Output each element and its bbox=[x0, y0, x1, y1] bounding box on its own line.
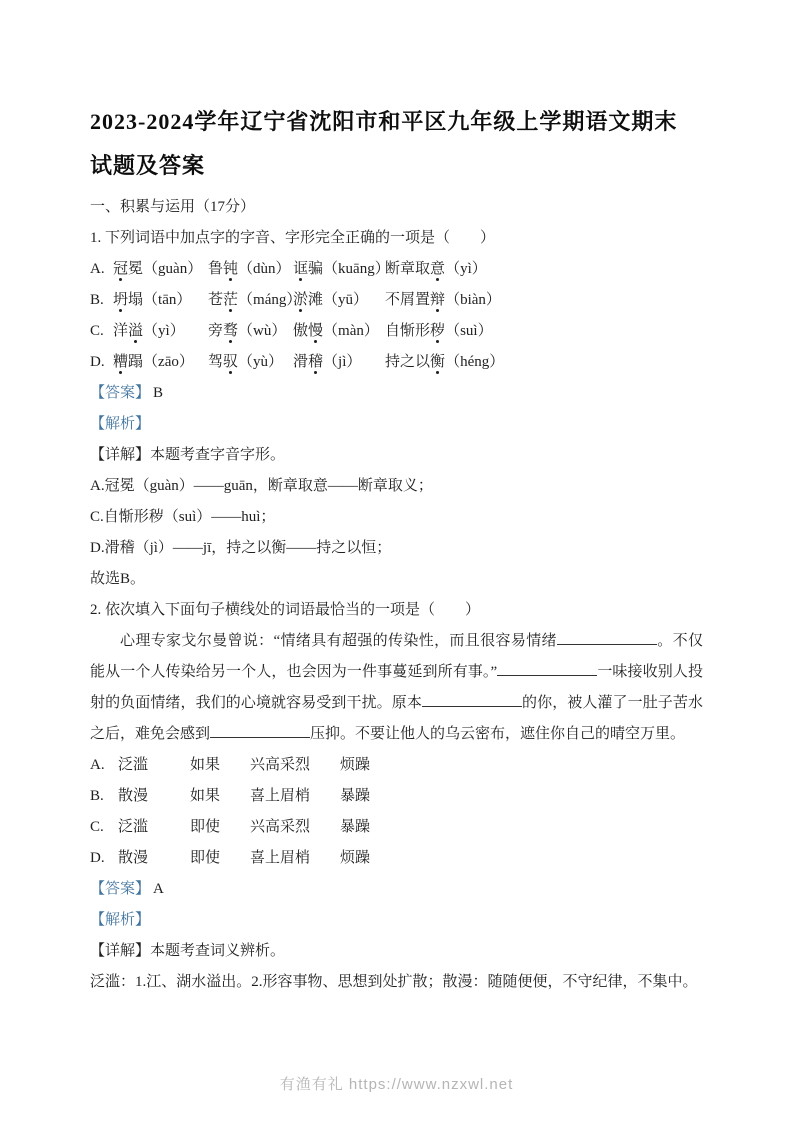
q2-option-row-c: C.泛滥即使兴高采烈暴躁 bbox=[90, 812, 703, 843]
option-word: 诓骗（kuāng） bbox=[293, 254, 385, 285]
q2-option-row-b: B.散漫如果喜上眉梢暴躁 bbox=[90, 781, 703, 812]
q1-explain-line-c: C.自惭形秽（suì）——huì； bbox=[90, 502, 703, 533]
blank-underline bbox=[557, 630, 657, 645]
q1-answer-value: B bbox=[153, 385, 163, 401]
option-word: 暴躁 bbox=[340, 781, 370, 812]
blank-underline bbox=[210, 723, 310, 738]
option-word: 泛滥 bbox=[118, 812, 190, 843]
option-word: 即使 bbox=[190, 843, 250, 874]
option-word: 滑稽（jì） bbox=[293, 347, 385, 378]
option-label-b: B. bbox=[90, 285, 113, 316]
option-word: 坍塌（tān） bbox=[113, 285, 208, 316]
blank-underline bbox=[497, 661, 597, 676]
q2-answer-value: A bbox=[153, 881, 164, 897]
blank-underline bbox=[422, 692, 522, 707]
option-word: 自惭形秽（suì） bbox=[385, 316, 493, 347]
option-label-a: A. bbox=[90, 254, 113, 285]
q1-answer-line: 【答案】B bbox=[90, 378, 703, 409]
q1-option-row-d: D.糟蹋（zāo）驾驭（yù）滑稽（jì）持之以衡（héng） bbox=[90, 347, 703, 378]
option-word: 即使 bbox=[190, 812, 250, 843]
q1-explain-line-d: D.滑稽（jì）——jī，持之以衡——持之以恒； bbox=[90, 533, 703, 564]
footer-watermark: 有渔有礼 https://www.nzxwl.net bbox=[0, 1073, 793, 1094]
answer-label: 【答案】 bbox=[90, 881, 150, 897]
title-line-2: 试题及答案 bbox=[90, 144, 703, 188]
option-word: 烦躁 bbox=[340, 843, 370, 874]
option-word: 糟蹋（zāo） bbox=[113, 347, 208, 378]
option-word: 傲慢（màn） bbox=[293, 316, 385, 347]
section-heading: 一、积累与运用（17分） bbox=[90, 192, 703, 223]
q1-analysis-label: 【解析】 bbox=[90, 409, 703, 440]
title-line-1: 2023-2024学年辽宁省沈阳市和平区九年级上学期语文期末 bbox=[90, 100, 703, 144]
q2-explain-line: 泛滥：1.江、湖水溢出。2.形容事物、思想到处扩散；散漫：随随便便，不守纪律，不… bbox=[90, 967, 703, 998]
q2-detail: 【详解】本题考查词义辨析。 bbox=[90, 936, 703, 967]
option-word: 冠冕（guàn） bbox=[113, 254, 208, 285]
option-word: 烦躁 bbox=[340, 750, 370, 781]
option-word: 苍茫（máng） bbox=[208, 285, 293, 316]
option-word: 兴高采烈 bbox=[250, 750, 340, 781]
option-label-d: D. bbox=[90, 347, 113, 378]
option-word: 喜上眉梢 bbox=[250, 843, 340, 874]
q2-option-row-a: A.泛滥如果兴高采烈烦躁 bbox=[90, 750, 703, 781]
option-word: 淤滩（yū） bbox=[293, 285, 385, 316]
q1-option-row-a: A.冠冕（guàn）鲁钝（dùn）诓骗（kuāng）断章取意（yì） bbox=[90, 254, 703, 285]
option-label-c: C. bbox=[90, 812, 118, 843]
q2-analysis-label: 【解析】 bbox=[90, 905, 703, 936]
option-word: 驾驭（yù） bbox=[208, 347, 293, 378]
option-label-d: D. bbox=[90, 843, 118, 874]
q2-prompt: 2. 依次填入下面句子横线处的词语最恰当的一项是（ ） bbox=[90, 595, 703, 626]
q1-detail: 【详解】本题考查字音字形。 bbox=[90, 440, 703, 471]
q2-answer-line: 【答案】A bbox=[90, 874, 703, 905]
option-word: 如果 bbox=[190, 750, 250, 781]
option-label-b: B. bbox=[90, 781, 118, 812]
option-word: 断章取意（yì） bbox=[385, 254, 487, 285]
option-word: 暴躁 bbox=[340, 812, 370, 843]
document-title: 2023-2024学年辽宁省沈阳市和平区九年级上学期语文期末 试题及答案 bbox=[90, 100, 703, 188]
option-word: 不屑置辩（biàn） bbox=[385, 285, 501, 316]
option-word: 如果 bbox=[190, 781, 250, 812]
option-word: 散漫 bbox=[118, 781, 190, 812]
q1-option-row-c: C.洋溢（yì）旁骛（wù）傲慢（màn）自惭形秽（suì） bbox=[90, 316, 703, 347]
option-word: 洋溢（yì） bbox=[113, 316, 208, 347]
answer-label: 【答案】 bbox=[90, 385, 150, 401]
q1-explain-line-a: A.冠冕（guàn）——guān，断章取意——断章取义； bbox=[90, 471, 703, 502]
q2-passage: 心理专家戈尔曼曾说：“情绪具有超强的传染性，而且很容易情绪。不仅能从一个人传染给… bbox=[90, 626, 703, 750]
option-word: 散漫 bbox=[118, 843, 190, 874]
option-word: 鲁钝（dùn） bbox=[208, 254, 293, 285]
q1-option-row-b: B.坍塌（tān）苍茫（máng）淤滩（yū）不屑置辩（biàn） bbox=[90, 285, 703, 316]
option-word: 泛滥 bbox=[118, 750, 190, 781]
q2-option-row-d: D.散漫即使喜上眉梢烦躁 bbox=[90, 843, 703, 874]
option-label-a: A. bbox=[90, 750, 118, 781]
q1-prompt: 1. 下列词语中加点字的字音、字形完全正确的一项是（ ） bbox=[90, 223, 703, 254]
q1-conclusion: 故选B。 bbox=[90, 564, 703, 595]
option-word: 持之以衡（héng） bbox=[385, 347, 504, 378]
option-word: 旁骛（wù） bbox=[208, 316, 293, 347]
document-page: 2023-2024学年辽宁省沈阳市和平区九年级上学期语文期末 试题及答案 一、积… bbox=[0, 0, 793, 1122]
option-word: 兴高采烈 bbox=[250, 812, 340, 843]
option-word: 喜上眉梢 bbox=[250, 781, 340, 812]
option-label-c: C. bbox=[90, 316, 113, 347]
